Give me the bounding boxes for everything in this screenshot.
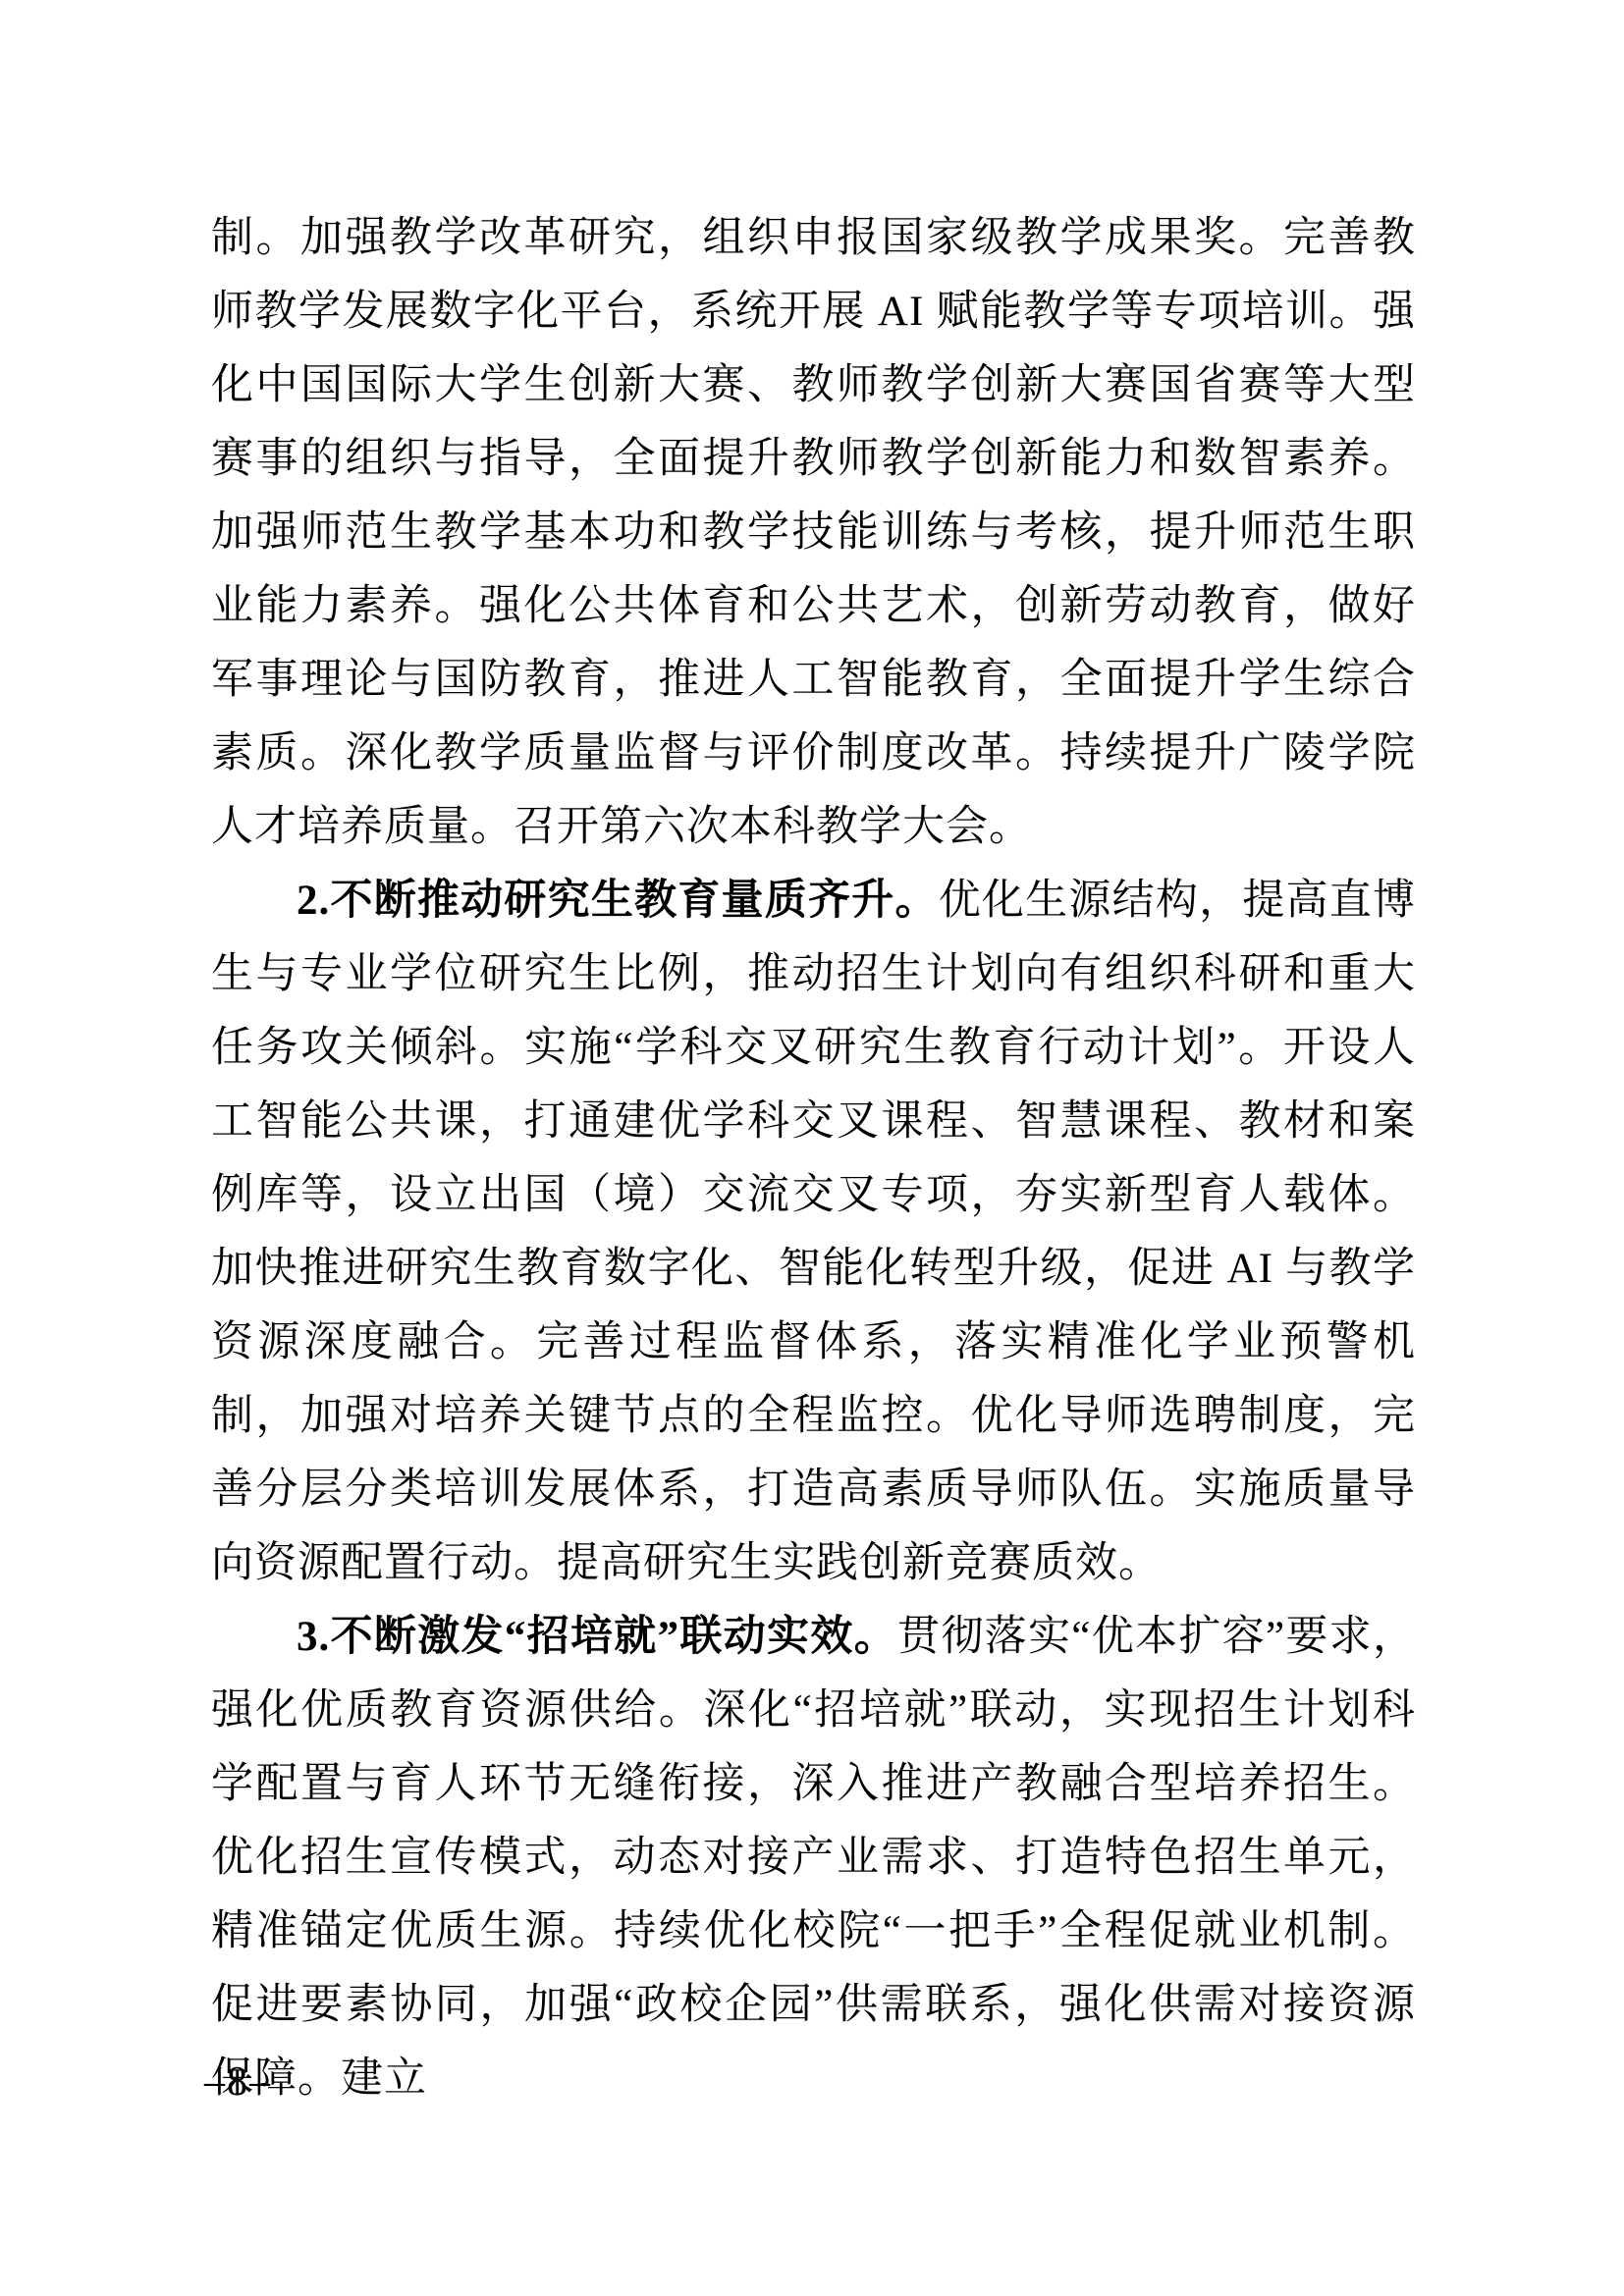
paragraph-text: 优化生源结构，提高直博生与专业学位研究生比例，推动招生计划向有组织科研和重大任务… [211, 878, 1416, 1586]
page-number: –8– [204, 2058, 272, 2106]
paragraph-lead: 3.不断激发“招培就”联动实效。 [297, 1614, 897, 1660]
paragraph-text: 贯彻落实“优本扩容”要求，强化优质教育资源供给。深化“招培就”联动，实现招生计划… [211, 1614, 1416, 2102]
paragraph: 2.不断推动研究生教育量质齐升。优化生源结构，提高直博生与专业学位研究生比例，推… [211, 864, 1416, 1600]
paragraph: 3.不断激发“招培就”联动实效。贯彻落实“优本扩容”要求，强化优质教育资源供给。… [211, 1600, 1416, 2115]
paragraph-text: 制。加强教学改革研究，组织申报国家级教学成果奖。完善教师教学发展数字化平台，系统… [211, 215, 1416, 850]
paragraph: 制。加强教学改革研究，组织申报国家级教学成果奖。完善教师教学发展数字化平台，系统… [211, 201, 1416, 864]
paragraph-lead: 2.不断推动研究生教育量质齐升。 [297, 878, 939, 924]
document-page: 制。加强教学改革研究，组织申报国家级教学成果奖。完善教师教学发展数字化平台，系统… [0, 0, 1624, 2296]
document-body: 制。加强教学改革研究，组织申报国家级教学成果奖。完善教师教学发展数字化平台，系统… [211, 201, 1416, 2115]
